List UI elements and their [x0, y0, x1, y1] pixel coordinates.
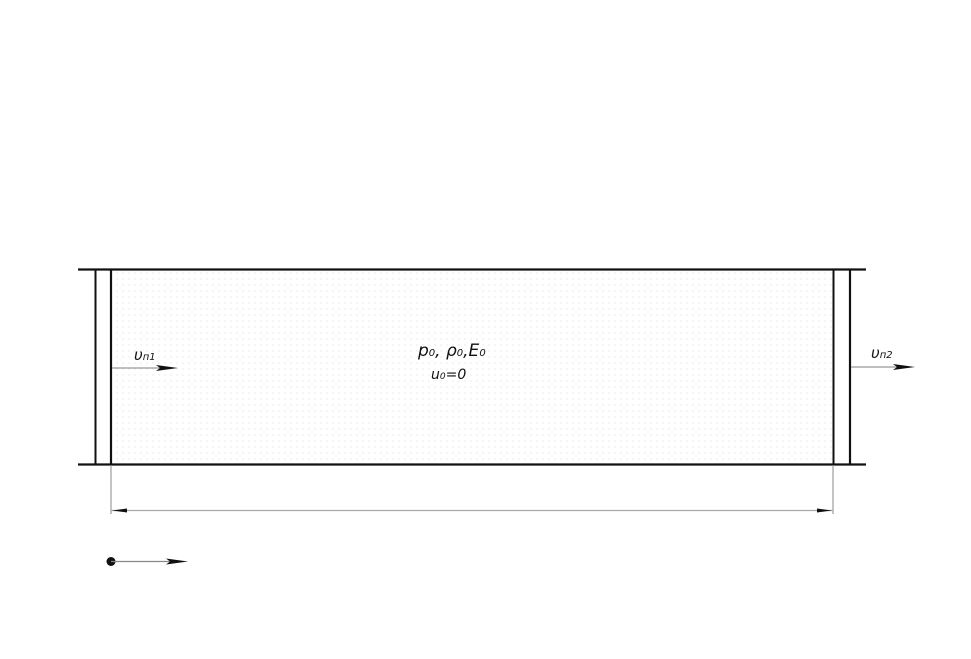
- right-piston: [834, 269, 851, 465]
- gas-state-label: p0, ρ0,E0: [417, 341, 486, 361]
- piston2-velocity-label: υп2: [871, 344, 893, 362]
- x-axis-arrow: [107, 557, 189, 566]
- left-piston: [96, 269, 112, 465]
- gas-region: [111, 270, 833, 464]
- initial-velocity-label: u0=0: [431, 367, 466, 383]
- length-dimension: [111, 465, 833, 514]
- tube-piston-diagram: υп1 υп2 p0, ρ0,E0 u0=0: [0, 0, 971, 659]
- piston2-velocity-arrow: [851, 364, 915, 370]
